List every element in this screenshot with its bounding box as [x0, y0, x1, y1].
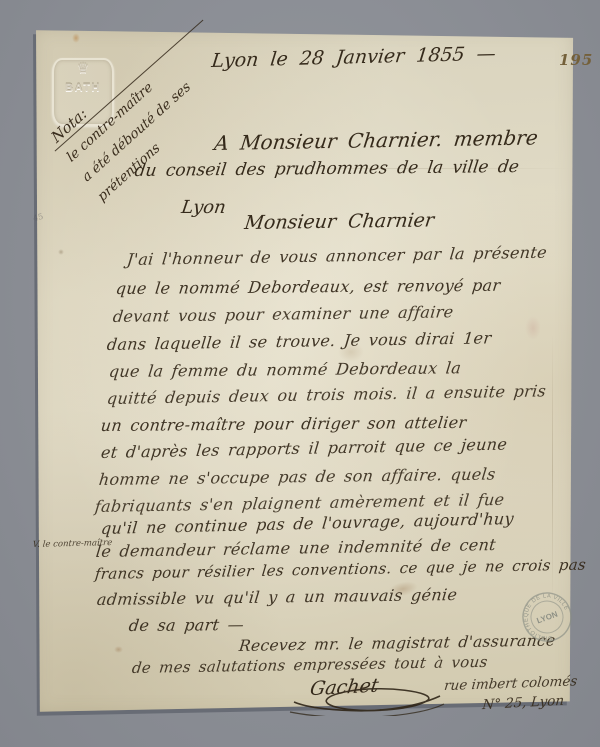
body-line: un contre-maître pour diriger son atteli… — [100, 413, 468, 435]
address-line: Lyon — [180, 197, 227, 218]
margin-note: V. le contre-maître — [32, 538, 112, 550]
crown-emboss-icon: ♕ — [54, 62, 112, 76]
body-line: de sa part — — [128, 615, 245, 635]
photograph-of-letter: ♕ BATH Nota: le contre-maître a été débo… — [0, 0, 600, 747]
stain — [72, 33, 80, 43]
stain — [114, 646, 123, 653]
stain — [525, 316, 541, 340]
body-line: que la femme du nommé Debordeaux la — [108, 358, 462, 381]
library-stamp-center-text: LYON — [536, 609, 559, 625]
salutation: Monsieur Charnier — [243, 209, 435, 234]
body-line: que le nommé Debordeaux, est renvoyé par — [115, 276, 502, 298]
stain — [58, 249, 64, 255]
sender-address-line: N° 25, Lyon — [482, 693, 565, 713]
folio-number: 195 — [559, 51, 593, 69]
address-line: du conseil des prudhommes de la ville de — [133, 157, 520, 181]
signature: Gachet — [308, 674, 380, 700]
